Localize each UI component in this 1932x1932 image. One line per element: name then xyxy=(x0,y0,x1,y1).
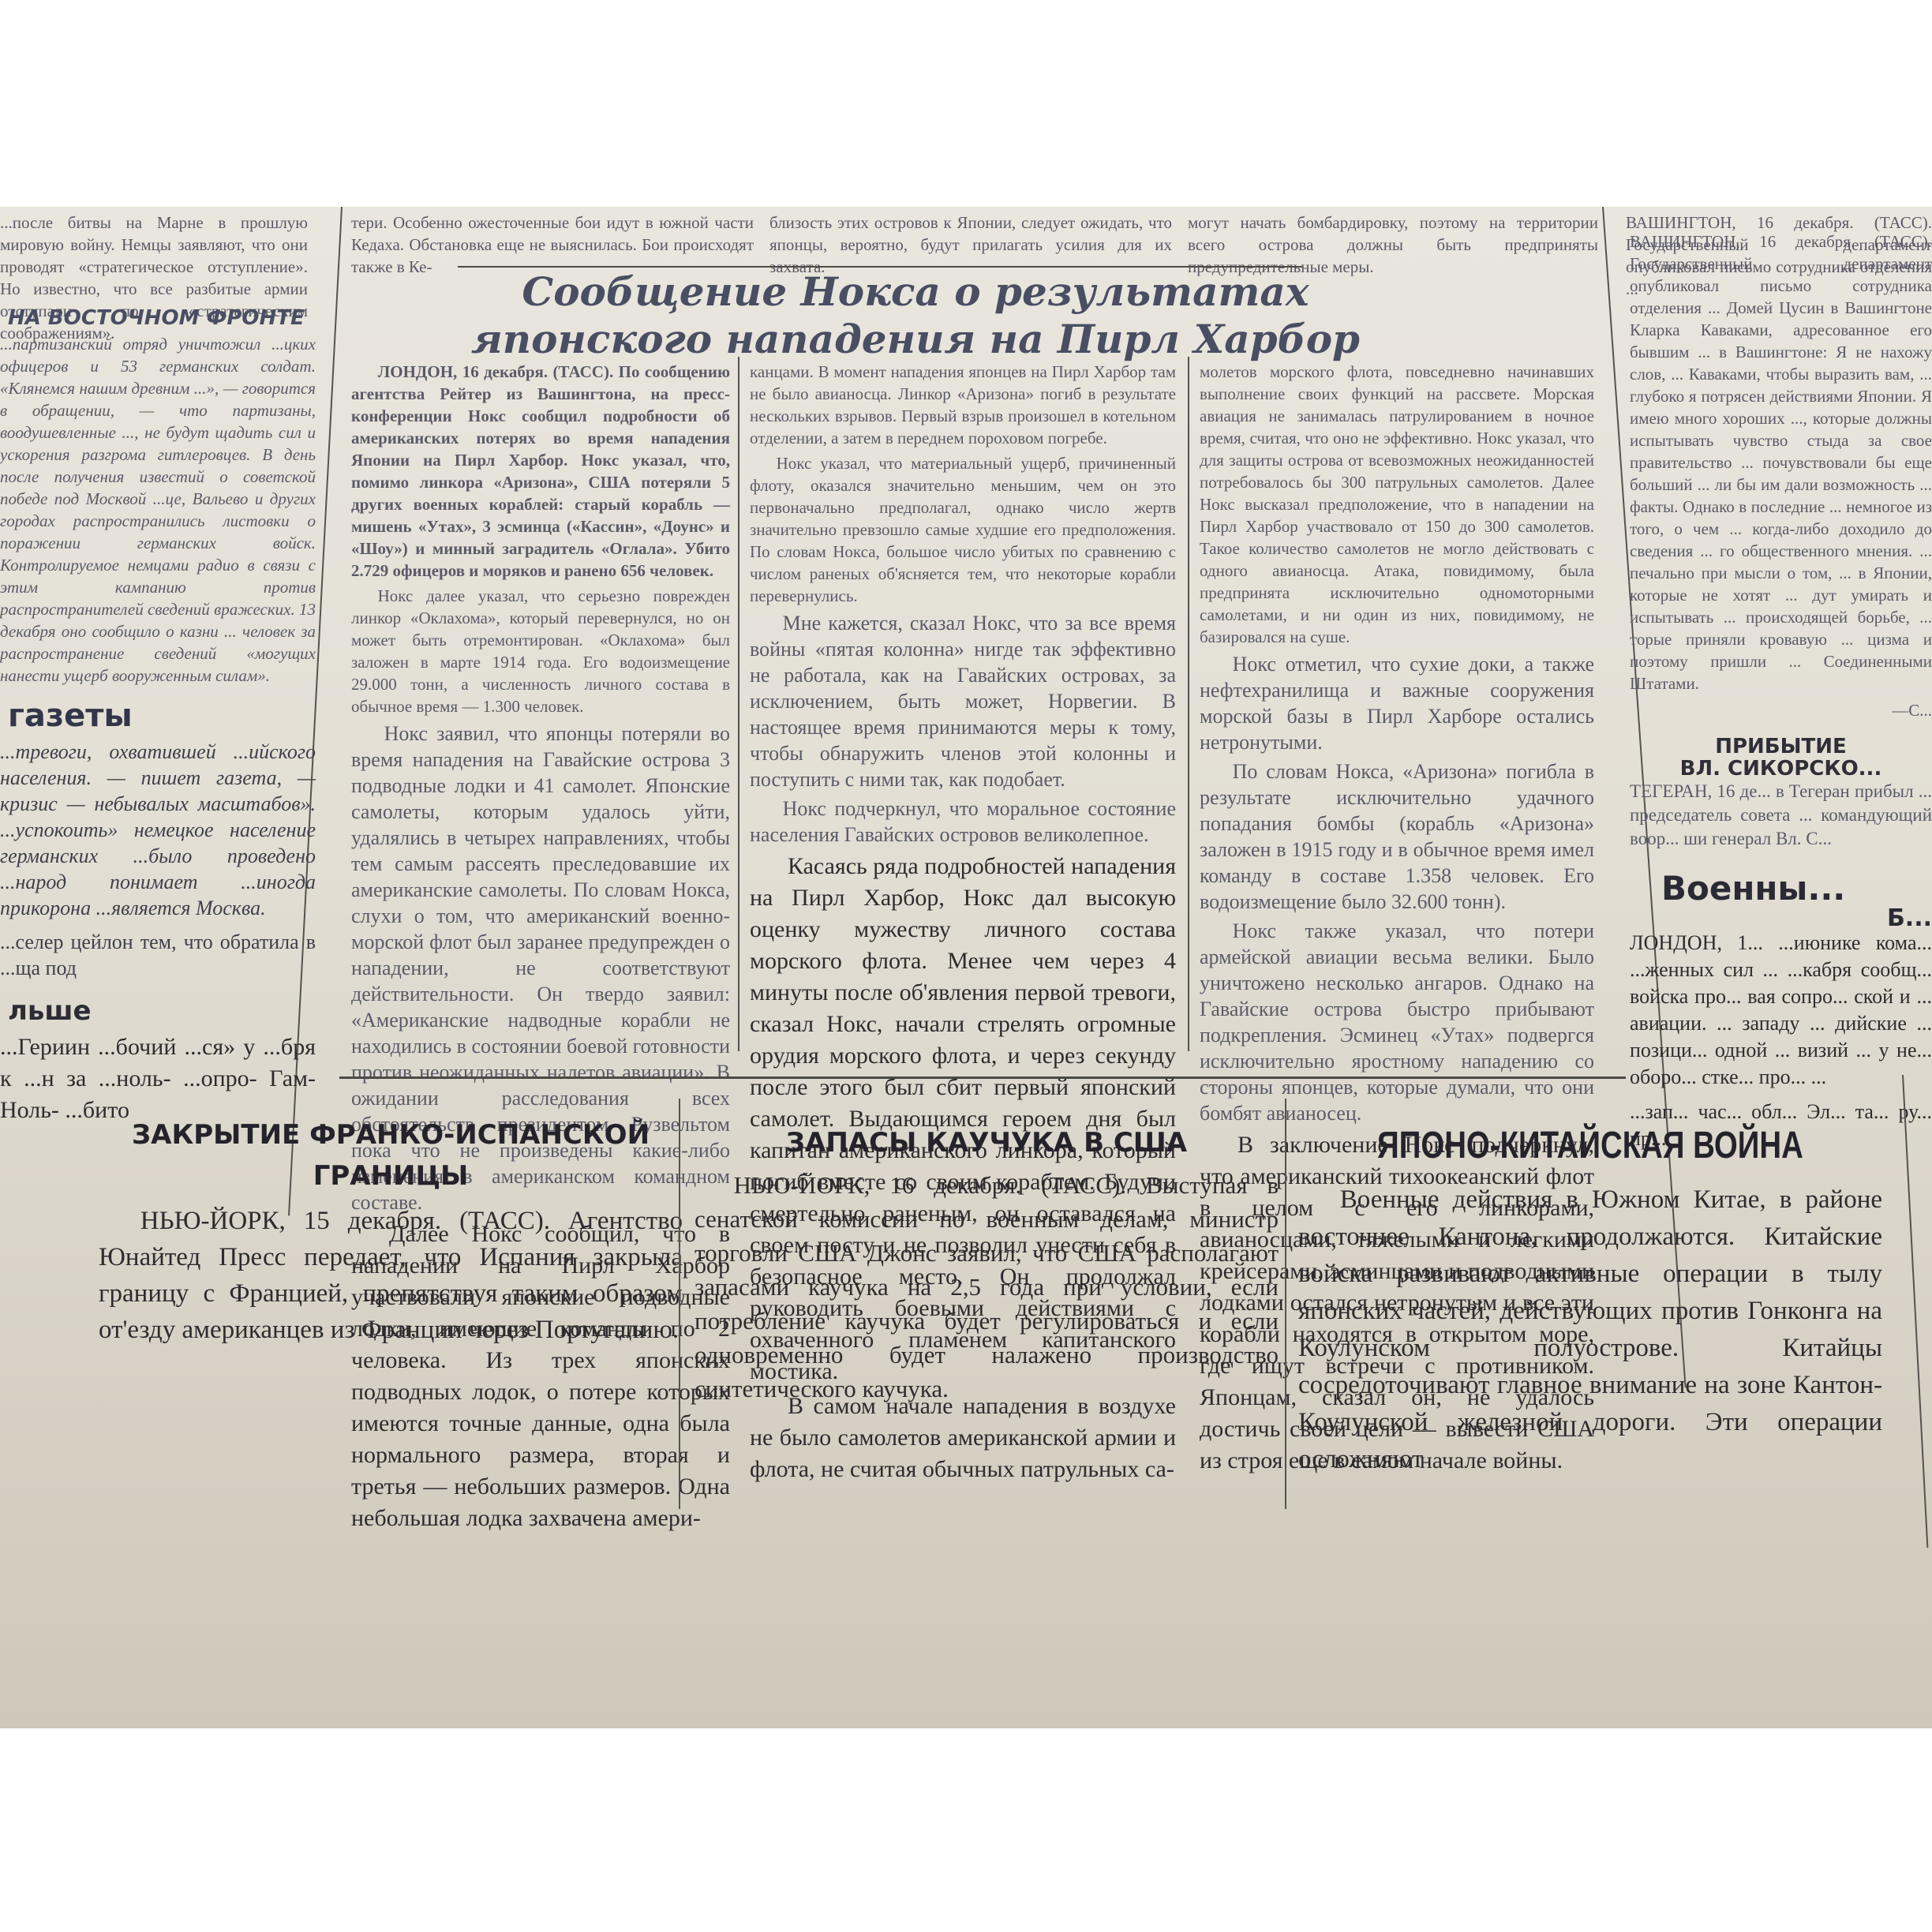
article-text: НЬЮ-ЙОРК, 16 декабря. (ТАСС). Выступая в… xyxy=(695,1168,1279,1406)
bottom-article-franco-spanish: ЗАКРЫТИЕ ФРАНКО-ИСПАНСКОЙ ГРАНИЦЫ НЬЮ-ЙО… xyxy=(99,1114,683,1351)
paragraph: Нокс далее указал, что серьезно поврежде… xyxy=(351,585,730,717)
article-title: ЗАПАСЫ КАУЧУКА В США xyxy=(695,1122,1279,1163)
bottom-article-rubber: ЗАПАСЫ КАУЧУКА В США НЬЮ-ЙОРК, 16 декабр… xyxy=(695,1122,1279,1409)
column-rule xyxy=(679,1099,680,1509)
section-title-gazety: газеты xyxy=(8,698,316,734)
section-title-eastern-front: НА ВОСТОЧНОМ ФРОНТЕ xyxy=(8,306,316,330)
divider xyxy=(339,1076,1626,1079)
column-rule xyxy=(738,357,739,1051)
main-col-1: ЛОНДОН, 16 декабря. (ТАСС). По сообщению… xyxy=(351,361,730,1537)
right-column: ВАШИНГТОН, 16 декабря. (ТАСС). Государст… xyxy=(1630,230,1932,1152)
letter-signature: —С... xyxy=(1630,699,1932,721)
column-rule xyxy=(1188,357,1189,1051)
military-title: Военны... xyxy=(1661,878,1932,900)
column-rule xyxy=(1285,1099,1286,1509)
section-text-tail: ...селер цейлон тем, что обратила в ...щ… xyxy=(0,929,316,981)
paragraph: канцами. В момент нападения японцев на П… xyxy=(750,361,1176,449)
article-text: Военные действия в Южном Китае, в районе… xyxy=(1298,1181,1882,1478)
military-subtitle: Б... xyxy=(1630,908,1932,930)
headline-line-2: японского нападения на Пирл Харбор xyxy=(442,316,1389,363)
bottom-article-sino-japanese: ЯПОНО-КИТАЙСКАЯ ВОЙНА Военные действия в… xyxy=(1298,1118,1882,1481)
section-text-3: ...Гериин ...бочий ...ся» у ...бря к ...… xyxy=(0,1032,316,1126)
newspaper-page: ...после битвы на Марне в прошлую мирову… xyxy=(0,207,1932,1728)
letter-text: ВАШИНГТОН, 16 декабря. (ТАСС). Государст… xyxy=(1630,230,1932,695)
paragraph: Нокс подчеркнул, что моральное состояние… xyxy=(750,796,1176,848)
paragraph: молетов морского флота, повседневно начи… xyxy=(1200,361,1594,648)
left-column: НА ВОСТОЧНОМ ФРОНТЕ ...партизанский отря… xyxy=(0,301,316,1126)
paragraph: Нокс указал, что материальный ущерб, при… xyxy=(750,452,1176,607)
section-text-eastern-front: ...партизанский отряд уничтожил ...цких … xyxy=(0,333,316,687)
paragraph: По словам Нокса, «Аризона» погибла в рез… xyxy=(1200,758,1594,915)
section-title-3: льше xyxy=(8,995,316,1027)
article-title: ЯПОНО-КИТАЙСКАЯ ВОЙНА xyxy=(1357,1118,1824,1174)
paragraph: Мне кажется, сказал Нокс, что за все вре… xyxy=(750,610,1176,792)
arrival-text: ТЕГЕРАН, 16 де... в Тегеран прибыл ... п… xyxy=(1630,780,1932,851)
arrival-title-2: ВЛ. СИКОРСКО... xyxy=(1630,758,1932,780)
divider xyxy=(458,266,1302,268)
main-headline: Сообщение Нокса о результатах японского … xyxy=(442,268,1389,363)
paragraph: Нокс также указал, что потери армейской … xyxy=(1200,918,1594,1126)
arrival-title-1: ПРИБЫТИЕ xyxy=(1630,736,1932,758)
article-title-line-2: ГРАНИЦЫ xyxy=(99,1155,683,1196)
paragraph: ЛОНДОН, 16 декабря. (ТАСС). По сообщению… xyxy=(351,361,730,582)
military-text: ЛОНДОН, 1... ...июнике кома... ...женных… xyxy=(1630,930,1932,1091)
article-title-line-1: ЗАКРЫТИЕ ФРАНКО-ИСПАНСКОЙ xyxy=(99,1114,683,1155)
article-text: НЬЮ-ЙОРК, 15 декабря. (ТАСС). Агентство … xyxy=(99,1203,683,1348)
paragraph: Нокс отметил, что сухие доки, а также не… xyxy=(1200,651,1594,755)
headline-line-1: Сообщение Нокса о результатах xyxy=(442,268,1389,316)
section-text-gazety: ...тревоги, охватившей ...ийского населе… xyxy=(0,739,316,921)
